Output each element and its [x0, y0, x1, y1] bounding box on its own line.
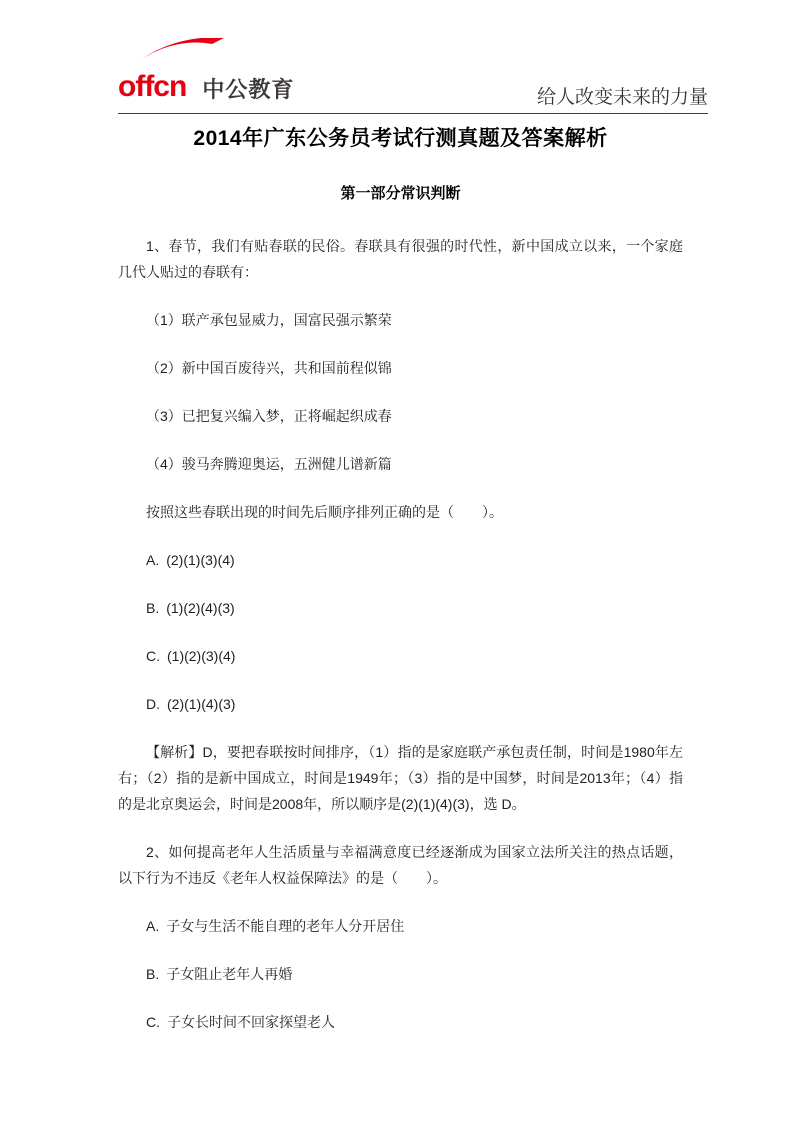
choice-letter: C. — [146, 1014, 160, 1030]
question-2-choice-b: B.子女阻止老年人再婚 — [118, 961, 683, 987]
question-1-couplet-4: （4）骏马奔腾迎奥运，五洲健儿谱新篇 — [118, 451, 683, 477]
section-heading: 第一部分常识判断 — [118, 186, 683, 202]
question-1-couplet-1: （1）联产承包显威力，国富民强示繁荣 — [118, 307, 683, 333]
logo-brand-cn: 中公教育 — [202, 78, 294, 102]
choice-letter: B. — [146, 600, 159, 616]
choice-text: (2)(1)(3)(4) — [166, 552, 234, 568]
choice-letter: C. — [146, 648, 160, 664]
question-1-stem: 1、春节，我们有贴春联的民俗。春联具有很强的时代性，新中国成立以来，一个家庭几代… — [118, 233, 683, 285]
choice-text: 子女与生活不能自理的老年人分开居住 — [166, 918, 404, 934]
logo-swoosh-icon — [134, 38, 226, 68]
question-1-prompt: 按照这些春联出现的时间先后顺序排列正确的是（ ）。 — [118, 499, 683, 525]
question-1-choice-a: A.(2)(1)(3)(4) — [118, 547, 683, 573]
offcn-logo: offcn 中公教育 — [118, 52, 294, 102]
choice-text: (1)(2)(4)(3) — [166, 600, 234, 616]
document-page: offcn 中公教育 给人改变未来的力量 2014年广东公务员考试行测真题及答案… — [0, 0, 793, 1122]
choice-text: 子女长时间不回家探望老人 — [167, 1014, 335, 1030]
question-2-choice-c: C.子女长时间不回家探望老人 — [118, 1009, 683, 1035]
choice-letter: B. — [146, 966, 159, 982]
logo-brand-latin: offcn — [118, 72, 186, 102]
choice-text: (2)(1)(4)(3) — [167, 696, 235, 712]
choice-letter: D. — [146, 696, 160, 712]
question-1-choice-c: C.(1)(2)(3)(4) — [118, 643, 683, 669]
question-1-couplet-3: （3）已把复兴编入梦，正将崛起织成春 — [118, 403, 683, 429]
choice-letter: A. — [146, 918, 159, 934]
question-1-choice-b: B.(1)(2)(4)(3) — [118, 595, 683, 621]
choice-text: 子女阻止老年人再婚 — [166, 966, 292, 982]
choice-text: (1)(2)(3)(4) — [167, 648, 235, 664]
question-1-analysis: 【解析】D，要把春联按时间排序，（1）指的是家庭联产承包责任制，时间是1980年… — [118, 739, 683, 817]
document-title: 2014年广东公务员考试行测真题及答案解析 — [118, 128, 683, 150]
question-2-choice-a: A.子女与生活不能自理的老年人分开居住 — [118, 913, 683, 939]
document-body: 2014年广东公务员考试行测真题及答案解析 第一部分常识判断 1、春节，我们有贴… — [118, 128, 683, 1035]
choice-letter: A. — [146, 552, 159, 568]
question-1-choice-d: D.(2)(1)(4)(3) — [118, 691, 683, 717]
page-header: offcn 中公教育 给人改变未来的力量 — [118, 0, 708, 114]
question-2-stem: 2、如何提高老年人生活质量与幸福满意度已经逐渐成为国家立法所关注的热点话题，以下… — [118, 839, 683, 891]
question-1-couplet-2: （2）新中国百废待兴，共和国前程似锦 — [118, 355, 683, 381]
